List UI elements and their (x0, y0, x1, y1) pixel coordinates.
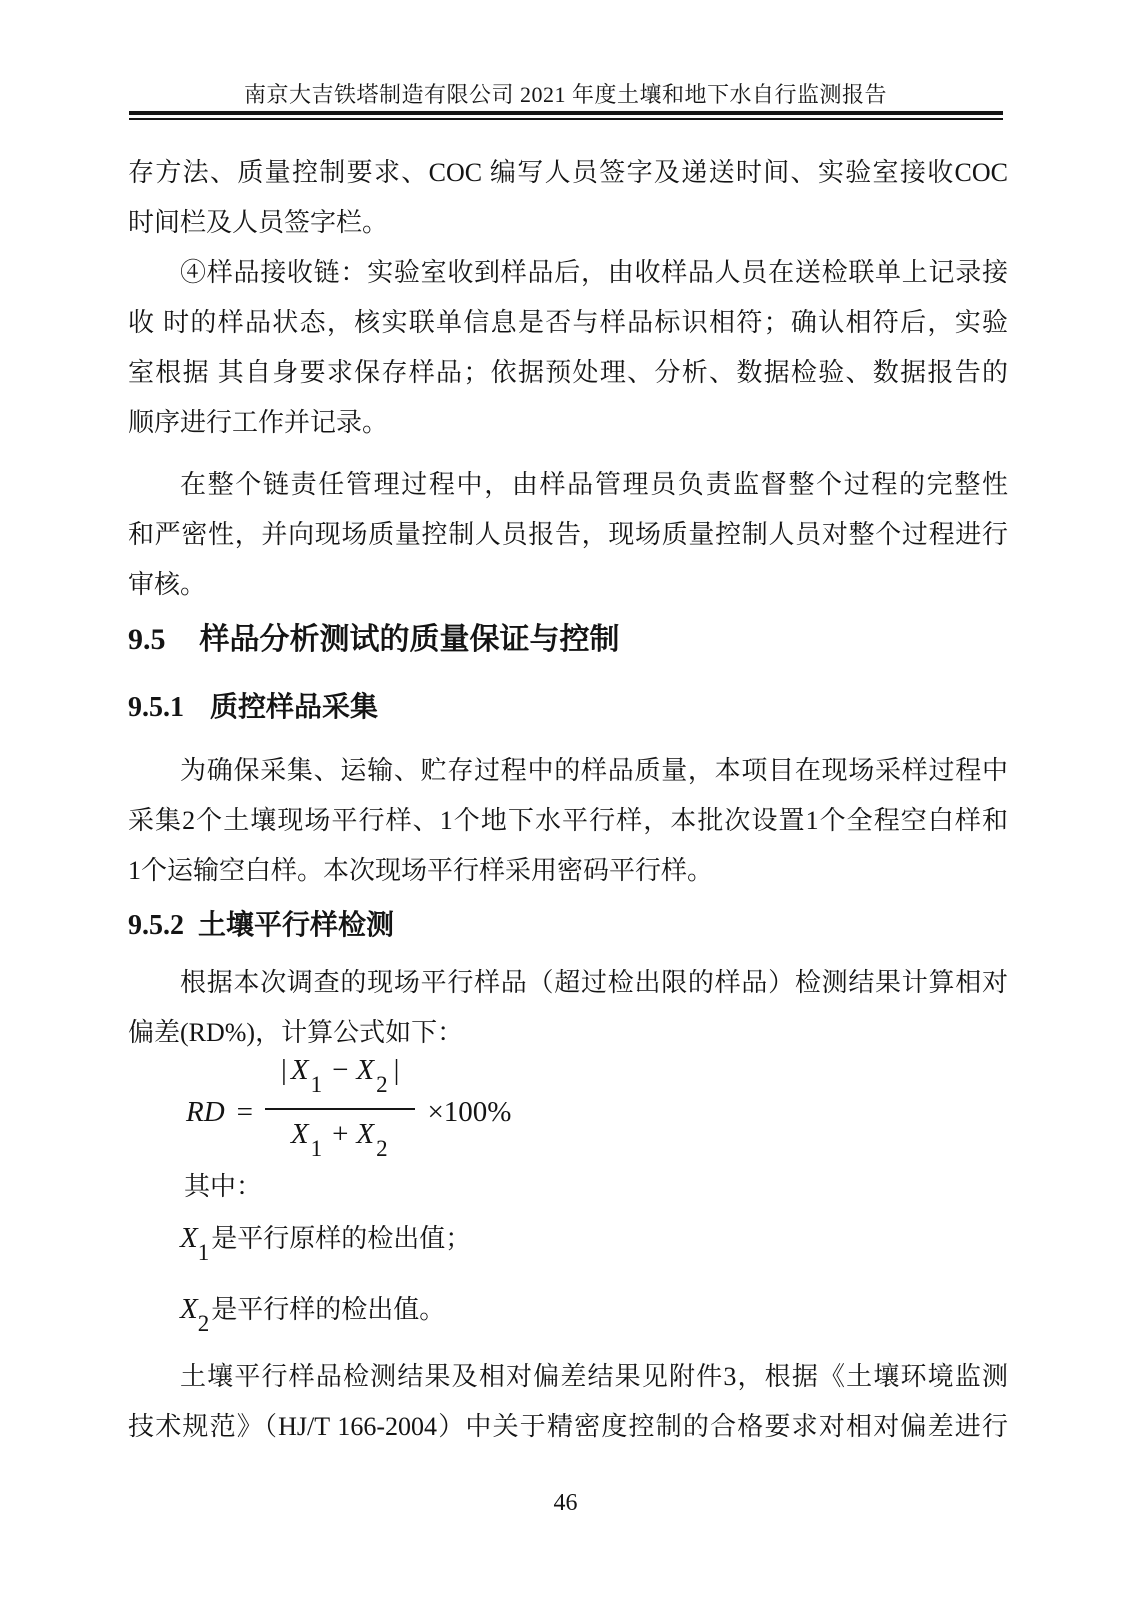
page-number: 46 (0, 1490, 1131, 1517)
header-double-rule (129, 111, 1003, 120)
variable-x1: X (291, 1118, 309, 1150)
body-line: 在整个链责任管理过程中，由样品管理员负责监督整个过程的完整性 (128, 460, 1008, 510)
body-line: 技术规范》（HJ/T 166-2004）中关于精密度控制的合格要求对相对偏差进行 (128, 1402, 1008, 1452)
section-heading-9-5-2: 9.5.2土壤平行样检测 (128, 906, 1008, 946)
variable-x2: X (356, 1054, 374, 1086)
formula-denominator: X1+X2 (279, 1110, 402, 1174)
section-title: 样品分析测试的质量保证与控制 (200, 623, 620, 656)
section-number: 9.5.1 (128, 692, 184, 723)
body-line: 收 时的样品状态，核实联单信息是否与样品标识相符；确认相符后，实验 (128, 298, 1008, 348)
section-heading-9-5: 9.5样品分析测试的质量保证与控制 (128, 616, 1008, 664)
page-body: 存方法、质量控制要求、COC 编写人员签字及递送时间、实验室接收COC 时间栏及… (0, 148, 1131, 1452)
body-line: 为确保采集、运输、贮存过程中的样品质量，本项目在现场采样过程中 (128, 746, 1008, 796)
section-number: 9.5 (128, 623, 166, 656)
body-line: ④样品接收链：实验室收到样品后，由收样品人员在送检联单上记录接 (128, 248, 1008, 298)
paragraph-chain-responsibility: 在整个链责任管理过程中，由样品管理员负责监督整个过程的完整性 和严密性，并向现场… (128, 460, 1008, 610)
subscript-1: 1 (311, 1072, 323, 1097)
subscript-2: 2 (198, 1311, 210, 1336)
body-line: 偏差(RD%)，计算公式如下： (128, 1008, 1008, 1058)
body-line: 审核。 (128, 560, 1008, 610)
formula-lhs-variable: RD (186, 1098, 225, 1127)
variable-x2: X (180, 1293, 198, 1325)
paragraph-parallel-sample-results: 土壤平行样品检测结果及相对偏差结果见附件3，根据《土壤环境监测 技术规范》（HJ… (128, 1352, 1008, 1452)
definition-text: 是平行原样的检出值； (211, 1224, 471, 1253)
subscript-2: 2 (376, 1072, 388, 1097)
report-page: 南京大吉铁塔制造有限公司 2021 年度土壤和地下水自行监测报告 存方法、质量控… (0, 0, 1131, 1600)
section-heading-9-5-1: 9.5.1质控样品采集 (128, 688, 1008, 728)
rd-formula: RD = |X1−X2| X1+X2 ×100% (128, 1060, 1008, 1164)
paragraph-sample-receiving-chain: ④样品接收链：实验室收到样品后，由收样品人员在送检联单上记录接 收 时的样品状态… (128, 248, 1008, 448)
body-line: 1个运输空白样。本次现场平行样采用密码平行样。 (128, 846, 1008, 896)
minus-sign: − (332, 1054, 348, 1086)
formula-multiplier: ×100% (427, 1098, 511, 1127)
formula-equals-sign: = (237, 1098, 253, 1127)
section-title: 质控样品采集 (210, 692, 378, 723)
formula-fraction: |X1−X2| X1+X2 (265, 1050, 415, 1174)
variable-x1: X (291, 1054, 309, 1086)
where-label: 其中： (128, 1164, 1008, 1210)
paragraph-rd-intro: 根据本次调查的现场平行样品（超过检出限的样品）检测结果计算相对 偏差(RD%)，… (128, 958, 1008, 1058)
paragraph-coc-continuation: 存方法、质量控制要求、COC 编写人员签字及递送时间、实验室接收COC 时间栏及… (128, 148, 1008, 248)
plus-sign: + (332, 1118, 348, 1150)
definition-x1: X1是平行原样的检出值； (128, 1210, 1008, 1281)
abs-bar-open: | (281, 1054, 287, 1086)
body-line: 室根据 其自身要求保存样品；依据预处理、分析、数据检验、数据报告的 (128, 348, 1008, 398)
section-title: 土壤平行样检测 (198, 910, 394, 941)
formula-numerator: |X1−X2| (265, 1050, 415, 1110)
subscript-2: 2 (376, 1136, 388, 1161)
body-line: 根据本次调查的现场平行样品（超过检出限的样品）检测结果计算相对 (128, 958, 1008, 1008)
body-line: 土壤平行样品检测结果及相对偏差结果见附件3，根据《土壤环境监测 (128, 1352, 1008, 1402)
body-line: 时间栏及人员签字栏。 (128, 198, 1008, 248)
subscript-1: 1 (311, 1136, 323, 1161)
definition-x2: X2是平行样的检出值。 (128, 1281, 1008, 1352)
body-line: 顺序进行工作并记录。 (128, 398, 1008, 448)
variable-x1: X (180, 1222, 198, 1254)
section-number: 9.5.2 (128, 910, 184, 941)
body-line: 存方法、质量控制要求、COC 编写人员签字及递送时间、实验室接收COC (128, 148, 1008, 198)
abs-bar-close: | (394, 1054, 400, 1086)
variable-x2: X (356, 1118, 374, 1150)
definition-text: 是平行样的检出值。 (211, 1295, 445, 1324)
body-line: 采集2个土壤现场平行样、1个地下水平行样，本批次设置1个全程空白样和 (128, 796, 1008, 846)
subscript-1: 1 (198, 1240, 210, 1265)
paragraph-qc-sample-collection: 为确保采集、运输、贮存过程中的样品质量，本项目在现场采样过程中 采集2个土壤现场… (128, 746, 1008, 896)
page-header-title: 南京大吉铁塔制造有限公司 2021 年度土壤和地下水自行监测报告 (0, 0, 1131, 110)
body-line: 和严密性，并向现场质量控制人员报告，现场质量控制人员对整个过程进行 (128, 510, 1008, 560)
